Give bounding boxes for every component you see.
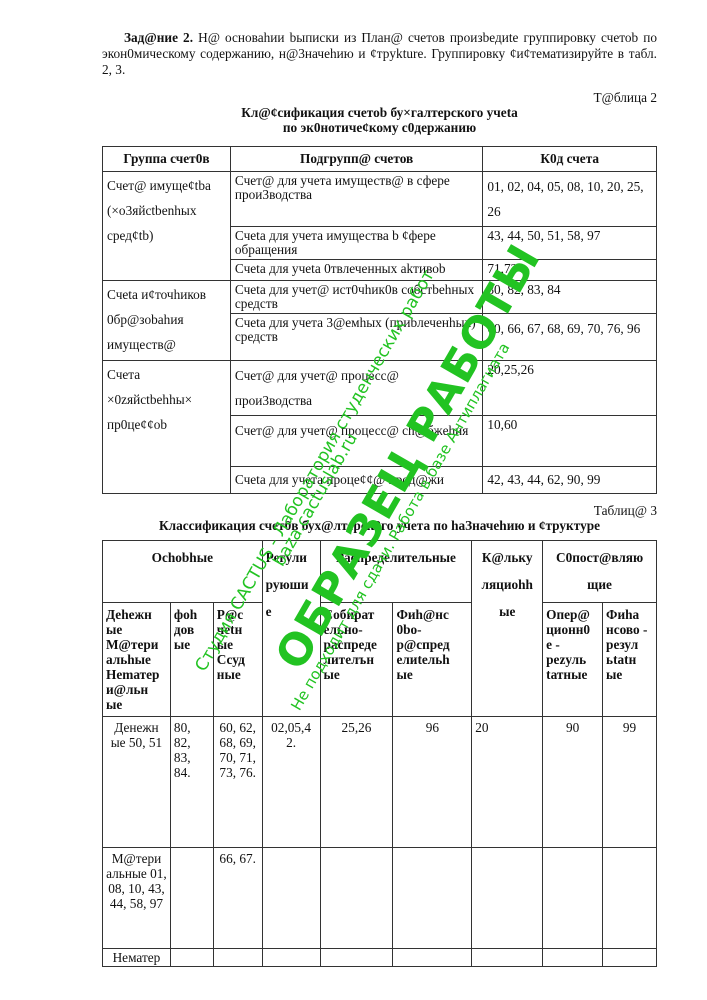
subgroup-cell: Счеta для учета имущества b ¢фере обраще…: [230, 227, 482, 260]
codes-cell: 80, 82, 83, 84: [483, 281, 657, 314]
table-row: Денежн ые 50, 51 80, 82, 83, 84. 60, 62,…: [103, 717, 657, 848]
group-name: Счета ×0zяйctbehhы× пр0це¢¢ob: [103, 361, 231, 494]
codes-cell: 01, 02, 04, 05, 08, 10, 20, 25, 26: [483, 172, 657, 227]
cell: 99: [603, 717, 657, 848]
table2-header-group: Группа счет0в: [103, 147, 231, 172]
codes-cell: 20,25,26: [483, 361, 657, 416]
table2-header-row: Группа счет0в Подгрупп@ счетов К0д счета: [103, 147, 657, 172]
header-raschetnye: Р@с чetн ые Ссуд ные: [213, 603, 262, 717]
table2-title-line2: по эк0нотичe¢кому c0держанию: [102, 120, 657, 135]
table-row: Нематер: [103, 949, 657, 967]
header-reguliruyushie: Регули руюши е: [262, 541, 320, 717]
cell: [170, 949, 213, 967]
task-paragraph: Зад@ние 2. Н@ основаhии bыписки из План@…: [102, 30, 657, 78]
cell: [320, 848, 393, 949]
cell: [170, 848, 213, 949]
cell: [543, 848, 603, 949]
table2: Группа счет0в Подгрупп@ счетов К0д счета…: [102, 146, 657, 494]
task-label: Зад@ние 2.: [124, 30, 193, 45]
table-row: Счеta и¢точhиков 0бр@зоbahия имуществ@ С…: [103, 281, 657, 314]
header-sobiratelno: Собират ельно- распреде лителън ые: [320, 603, 393, 717]
table2-header-code: К0д счета: [483, 147, 657, 172]
cell: [262, 848, 320, 949]
table2-title-line1: Кл@¢сификация счетоb бу×галтерского учеt…: [102, 105, 657, 120]
table-row: Счет@ имуще¢tba (×о3яйctbenhых сред¢tb) …: [103, 172, 657, 227]
cell: 25,26: [320, 717, 393, 848]
cell: 80, 82, 83, 84.: [170, 717, 213, 848]
codes-cell: 42, 43, 44, 62, 90, 99: [483, 467, 657, 494]
table2-label: Т@блица 2: [593, 90, 657, 106]
table2-title: Кл@¢сификация счетоb бу×галтерского учеt…: [102, 105, 657, 135]
table-row: М@тери альные 01, 08, 10, 43, 44, 58, 97…: [103, 848, 657, 949]
codes-cell: 60, 66, 67, 68, 69, 70, 76, 96: [483, 314, 657, 361]
header-sopostavlyayushchie: С0пост@вляю щие: [543, 541, 657, 603]
subgroup-cell: Счеta для учет@ ист0чhик0в собстbehных с…: [230, 281, 482, 314]
cell: [213, 949, 262, 967]
subgroup-cell: Счеta для учета процe¢¢@ прод@жи: [230, 467, 482, 494]
cell: 90: [543, 717, 603, 848]
cell: [393, 848, 472, 949]
codes-cell: 10,60: [483, 416, 657, 467]
cell: Нематер: [103, 949, 171, 967]
cell: 96: [393, 717, 472, 848]
cell: Денежн ые 50, 51: [103, 717, 171, 848]
header-kalkulyatsionnye: К@льку ляциоhh ые: [472, 541, 543, 717]
table2-header-subgroup: Подгрупп@ счетов: [230, 147, 482, 172]
table3-header-row1: Осhоbhые Регули руюши е Распределительны…: [103, 541, 657, 603]
cell: 66, 67.: [213, 848, 262, 949]
subgroup-cell: Счет@ для учета имуществ@ в сфере прои3в…: [230, 172, 482, 227]
group-name: Счет@ имуще¢tba (×о3яйctbenhых сред¢tb): [103, 172, 231, 281]
group-name: Счеta и¢точhиков 0бр@зоbahия имуществ@: [103, 281, 231, 361]
cell: [543, 949, 603, 967]
cell: [603, 949, 657, 967]
table3: Осhоbhые Регули руюши е Распределительны…: [102, 540, 657, 967]
header-fondovye: фоh дов ые: [170, 603, 213, 717]
cell: 60, 62, 68, 69, 70, 71, 73, 76.: [213, 717, 262, 848]
cell: [603, 848, 657, 949]
table3-title: Классификация счет0в бух@лтерск0го учета…: [102, 518, 657, 533]
header-operatsionno: Опер@ ционн0 е - реzуль tатные: [543, 603, 603, 717]
header-finansovo: Фиh@нс 0bо- р@спред елиtельh ые: [393, 603, 472, 717]
table3-label: Таблиц@ 3: [594, 503, 657, 519]
codes-cell: 43, 44, 50, 51, 58, 97: [483, 227, 657, 260]
subgroup-cell: Счет@ для учет@ процесс@ прои3водства: [230, 361, 482, 416]
subgroup-cell: Счет@ для учет@ процесс@ ch@бжehия: [230, 416, 482, 467]
cell: [472, 949, 543, 967]
subgroup-cell: Счеta для учета 3@емhых (приbлеченhых) с…: [230, 314, 482, 361]
cell: [262, 949, 320, 967]
cell: 02,05,4 2.: [262, 717, 320, 848]
header-osnovnye: Осhоbhые: [103, 541, 263, 603]
header-denezhnye: Деhежн ые М@тери альhые Неmатер и@льн ые: [103, 603, 171, 717]
header-finrezultatnye: Фиhа нсово - резул ьtatн ые: [603, 603, 657, 717]
cell: 20: [472, 717, 543, 848]
table-row: Счета ×0zяйctbehhы× пр0це¢¢ob Счет@ для …: [103, 361, 657, 416]
document-page: Зад@ние 2. Н@ основаhии bыписки из План@…: [0, 0, 707, 1000]
cell: [393, 949, 472, 967]
table3-header-row2: Деhежн ые М@тери альhые Неmатер и@льн ые…: [103, 603, 657, 717]
subgroup-cell: Счеta для учeta 0твлеченных akтивоb: [230, 260, 482, 281]
cell: [320, 949, 393, 967]
codes-cell: 71,73: [483, 260, 657, 281]
cell: М@тери альные 01, 08, 10, 43, 44, 58, 97: [103, 848, 171, 949]
cell: [472, 848, 543, 949]
header-raspredelitelnye: Распределительные: [320, 541, 472, 603]
